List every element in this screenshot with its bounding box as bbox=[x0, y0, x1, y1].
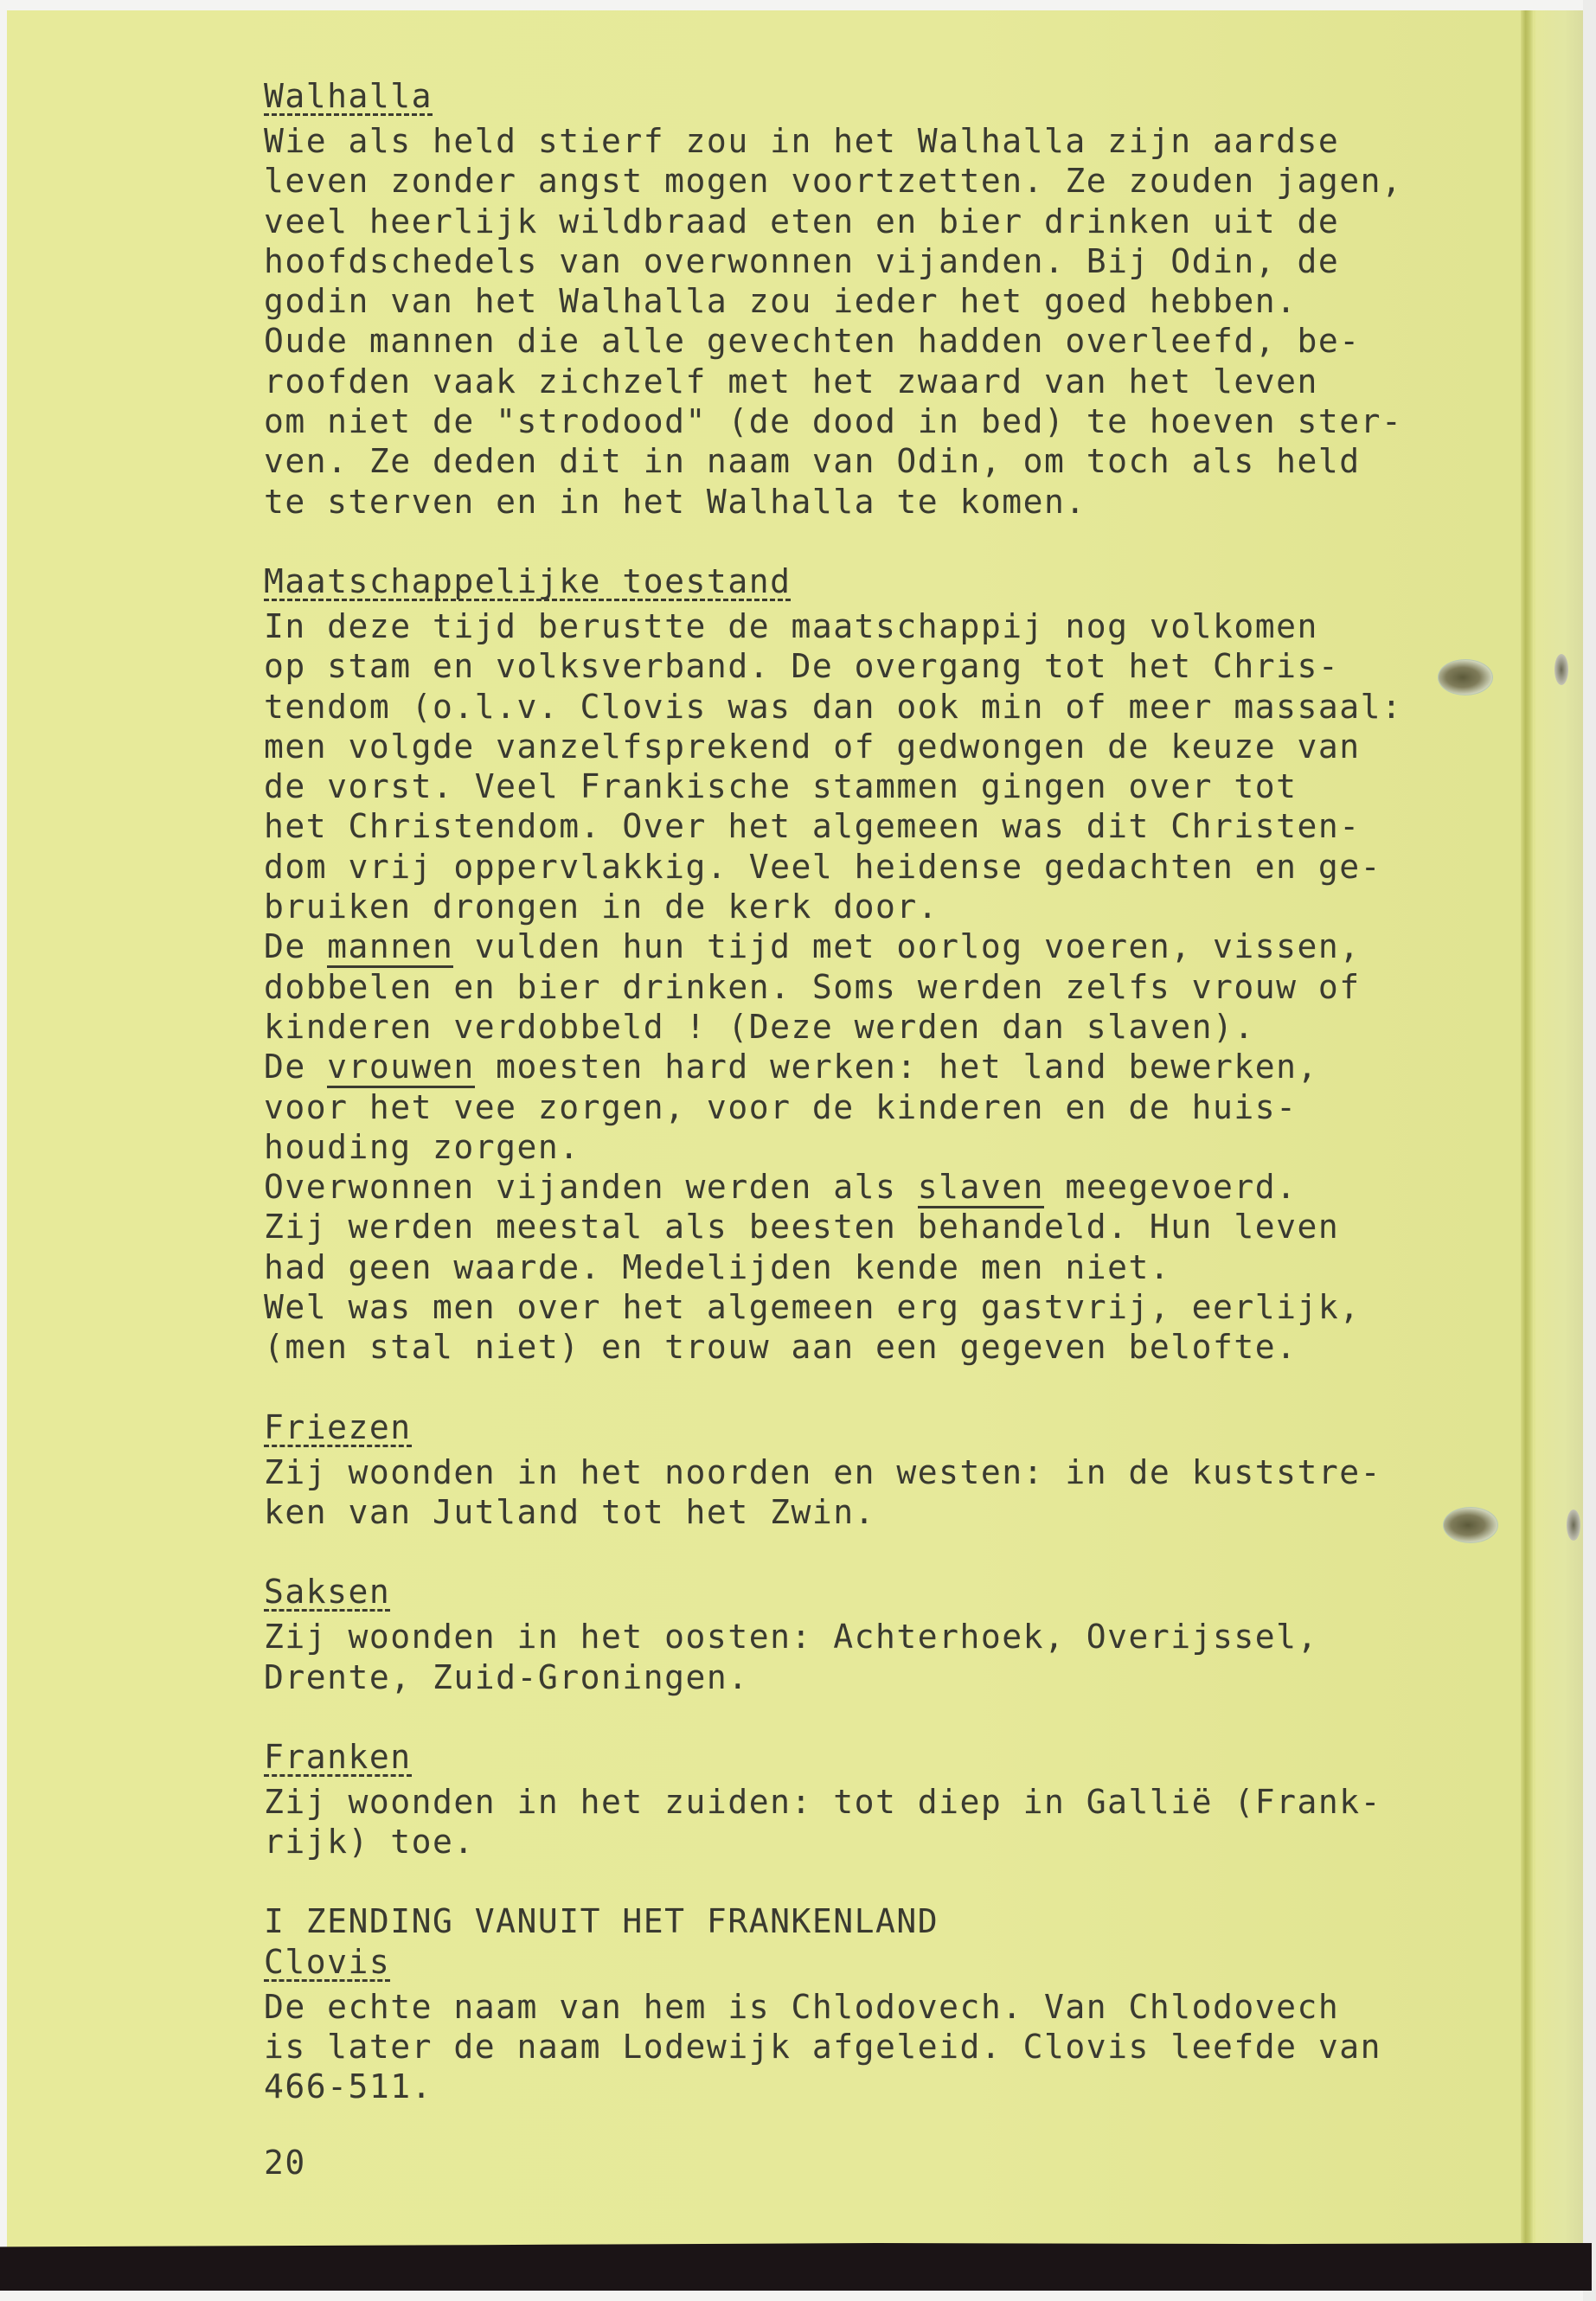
text-line: te sterven en in het Walhalla te komen. bbox=[264, 482, 1414, 522]
punch-hole-icon bbox=[1438, 659, 1493, 695]
text-line: bruiken drongen in de kerk door. bbox=[264, 887, 1414, 926]
text-line: kinderen verdobbeld ! (Deze werden dan s… bbox=[264, 1007, 1414, 1047]
text-line: Zij woonden in het noorden en westen: in… bbox=[264, 1452, 1414, 1492]
text-line: roofden vaak zichzelf met het zwaard van… bbox=[264, 362, 1414, 401]
section-saksen: Saksen Zij woonden in het oosten: Achter… bbox=[264, 1572, 1414, 1697]
text-line: rijk) toe. bbox=[264, 1822, 1414, 1862]
text-line: Zij woonden in het zuiden: tot diep in G… bbox=[264, 1782, 1414, 1822]
section-maatschappelijke-toestand: Maatschappelijke toestand In deze tijd b… bbox=[264, 561, 1414, 1368]
text-line: dom vrij oppervlakkig. Veel heidense ged… bbox=[264, 847, 1414, 887]
section-franken: Franken Zij woonden in het zuiden: tot d… bbox=[264, 1737, 1414, 1862]
text-line: men volgde vanzelfsprekend of gedwongen … bbox=[264, 727, 1414, 766]
scan-bottom-edge bbox=[0, 2243, 1592, 2291]
text-line: veel heerlijk wildbraad eten en bier dri… bbox=[264, 202, 1414, 241]
text-line: De mannen vulden hun tijd met oorlog voe… bbox=[264, 926, 1414, 966]
page-number: 20 bbox=[264, 2144, 306, 2182]
scan-margin bbox=[1583, 0, 1596, 2301]
text-line: ven. Ze deden dit in naam van Odin, om t… bbox=[264, 441, 1414, 481]
punch-hole-icon bbox=[1567, 1509, 1580, 1541]
underlined-word: mannen bbox=[327, 927, 453, 968]
punch-hole-icon bbox=[1554, 654, 1568, 685]
underlined-word: slaven bbox=[918, 1168, 1044, 1208]
text-line: Wie als held stierf zou in het Walhalla … bbox=[264, 121, 1414, 161]
text-line: 466-511. bbox=[264, 2067, 1414, 2106]
underlined-word: vrouwen bbox=[327, 1048, 475, 1088]
text-line: leven zonder angst mogen voortzetten. Ze… bbox=[264, 161, 1414, 201]
section-friezen: Friezen Zij woonden in het noorden en we… bbox=[264, 1407, 1414, 1533]
text-line: Oude mannen die alle gevechten hadden ov… bbox=[264, 321, 1414, 361]
text-line: Zij woonden in het oosten: Achterhoek, O… bbox=[264, 1617, 1414, 1657]
text-line: De echte naam van hem is Chlodovech. Van… bbox=[264, 1987, 1414, 2027]
text-line: Wel was men over het algemeen erg gastvr… bbox=[264, 1287, 1414, 1327]
text-line: dobbelen en bier drinken. Soms werden ze… bbox=[264, 967, 1414, 1007]
section-clovis: I ZENDING VANUIT HET FRANKENLAND Clovis … bbox=[264, 1901, 1414, 2106]
text-line: Drente, Zuid-Groningen. bbox=[264, 1657, 1414, 1697]
section-heading: Friezen bbox=[264, 1410, 412, 1447]
text-line: houding zorgen. bbox=[264, 1127, 1414, 1167]
text-line: (men stal niet) en trouw aan een gegeven… bbox=[264, 1327, 1414, 1367]
text-line: had geen waarde. Medelijden kende men ni… bbox=[264, 1247, 1414, 1287]
text-line: voor het vee zorgen, voor de kinderen en… bbox=[264, 1087, 1414, 1127]
text-line: godin van het Walhalla zou ieder het goe… bbox=[264, 281, 1414, 321]
section-heading: Maatschappelijke toestand bbox=[264, 564, 791, 601]
page-edge bbox=[1535, 10, 1583, 2259]
section-heading: Clovis bbox=[264, 1945, 390, 1982]
section-heading: Franken bbox=[264, 1740, 412, 1777]
punch-hole-icon bbox=[1443, 1507, 1498, 1543]
section-heading: Saksen bbox=[264, 1574, 390, 1612]
text-line: tendom (o.l.v. Clovis was dan ook min of… bbox=[264, 687, 1414, 727]
text-line: De vrouwen moesten hard werken: het land… bbox=[264, 1047, 1414, 1086]
chapter-title: I ZENDING VANUIT HET FRANKENLAND bbox=[264, 1901, 1414, 1941]
text-line: hoofdschedels van overwonnen vijanden. B… bbox=[264, 241, 1414, 281]
text-line: Zij werden meestal als beesten behandeld… bbox=[264, 1207, 1414, 1247]
text-line: Overwonnen vijanden werden als slaven me… bbox=[264, 1167, 1414, 1207]
binder-fold bbox=[1521, 10, 1533, 2259]
text-line: om niet de "strodood" (de dood in bed) t… bbox=[264, 401, 1414, 441]
text-line: In deze tijd berustte de maatschappij no… bbox=[264, 606, 1414, 646]
section-walhalla: Walhalla Wie als held stierf zou in het … bbox=[264, 76, 1414, 522]
document-body: Walhalla Wie als held stierf zou in het … bbox=[264, 76, 1414, 2107]
text-line: op stam en volksverband. De overgang tot… bbox=[264, 646, 1414, 686]
text-line: ken van Jutland tot het Zwin. bbox=[264, 1492, 1414, 1532]
section-heading: Walhalla bbox=[264, 79, 433, 116]
text-line: het Christendom. Over het algemeen was d… bbox=[264, 806, 1414, 846]
text-line: de vorst. Veel Frankische stammen gingen… bbox=[264, 766, 1414, 806]
text-line: is later de naam Lodewijk afgeleid. Clov… bbox=[264, 2027, 1414, 2067]
